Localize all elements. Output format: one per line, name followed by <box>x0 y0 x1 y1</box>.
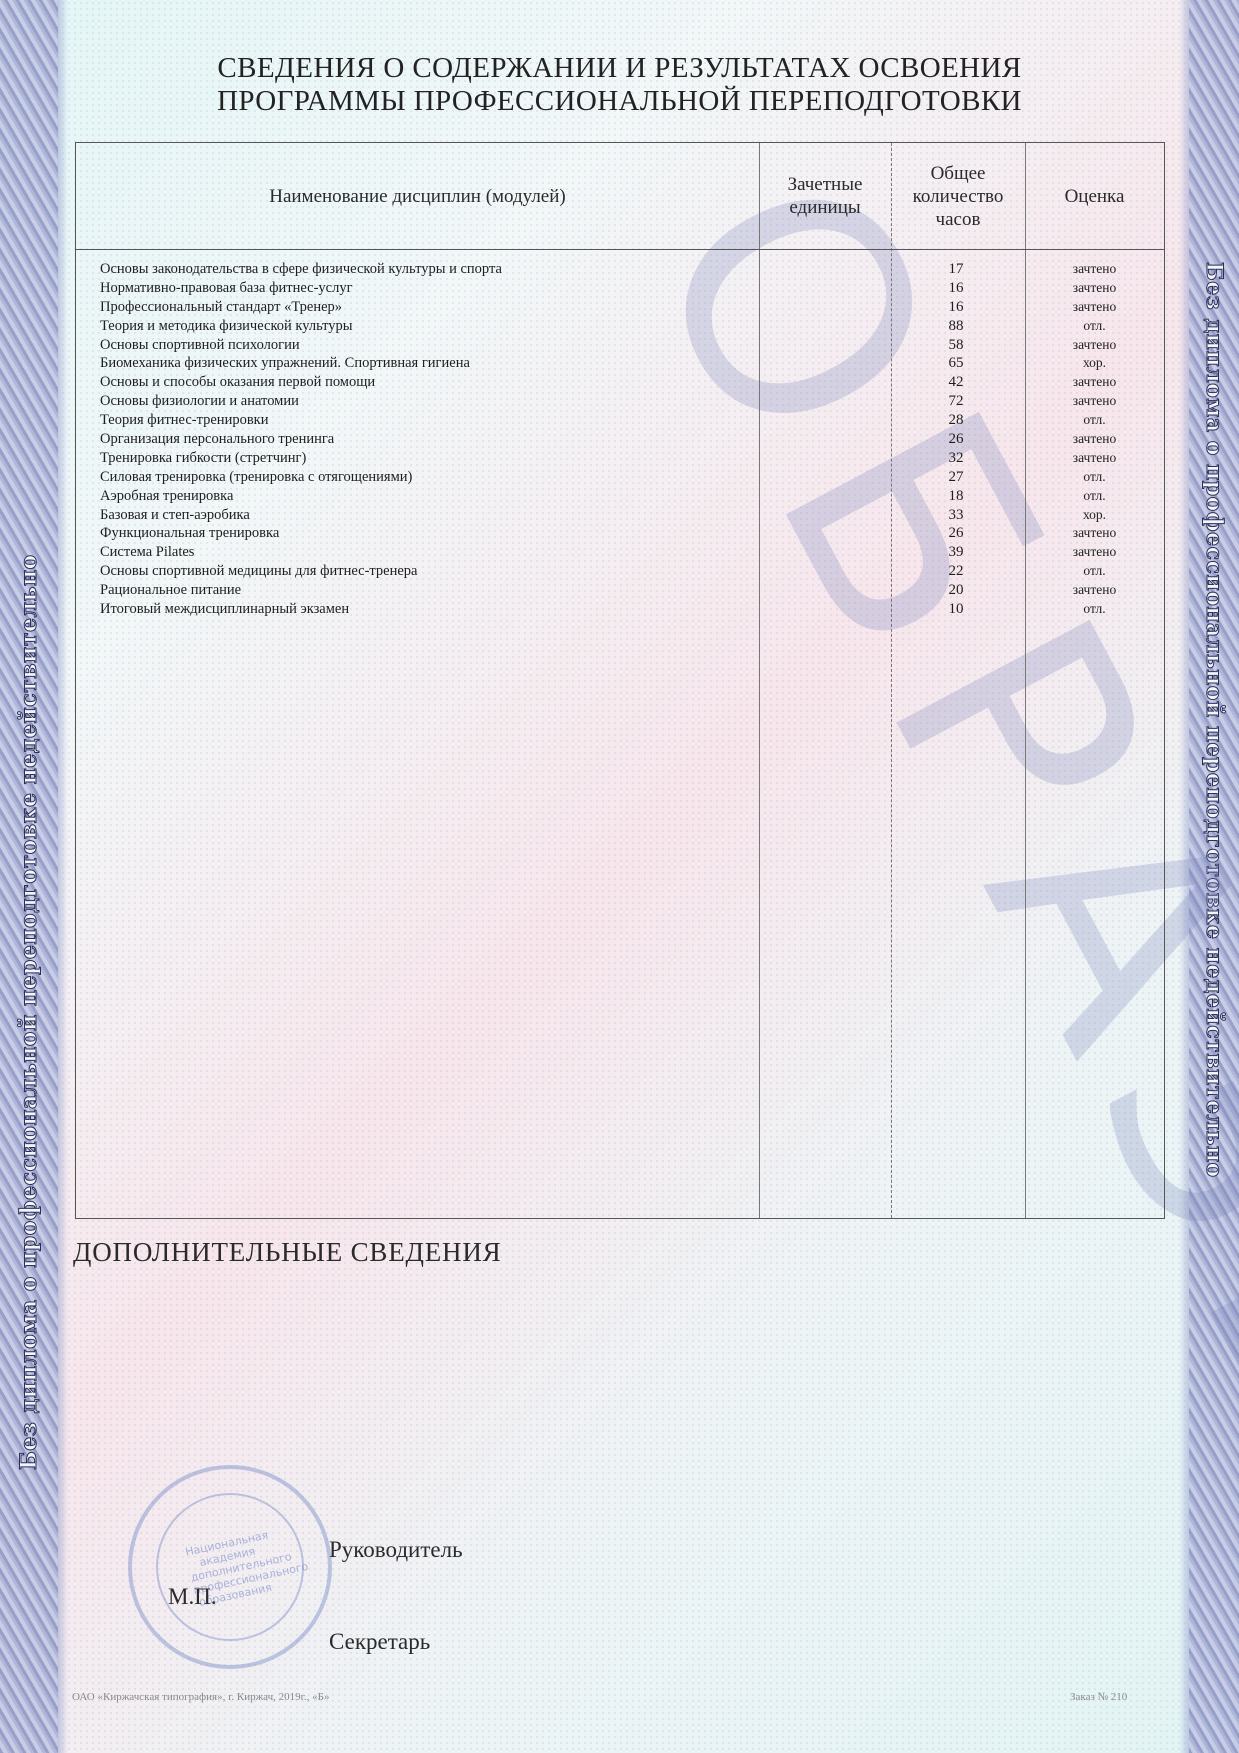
discipline-name: Рациональное питание <box>100 581 241 600</box>
grade-value: зачтено <box>1025 373 1164 392</box>
title-line-2: программы профессиональной переподготовк… <box>0 85 1239 118</box>
header-discipline-name: Наименование дисциплин (модулей) <box>76 143 759 249</box>
side-text-left: Без диплома о профессиональной переподго… <box>16 554 42 1470</box>
table-row: Профессиональный стандарт «Тренер»16зачт… <box>76 298 1164 317</box>
discipline-name: Основы спортивной психологии <box>100 336 300 355</box>
discipline-name: Итоговый междисциплинарный экзамен <box>100 600 349 619</box>
table-row: Аэробная тренировка18отл. <box>76 487 1164 506</box>
official-seal: Национальная академия дополнительного пр… <box>128 1465 332 1669</box>
grade-value: отл. <box>1025 411 1164 430</box>
discipline-name: Основы законодательства в сфере физическ… <box>100 260 502 279</box>
hours-value: 58 <box>891 336 1021 355</box>
table-row: Нормативно-правовая база фитнес-услуг16з… <box>76 279 1164 298</box>
grade-value: зачтено <box>1025 581 1164 600</box>
table-row: Теория и методика физической культуры88о… <box>76 317 1164 336</box>
discipline-name: Теория фитнес-тренировки <box>100 411 268 430</box>
discipline-name: Система Pilates <box>100 543 194 562</box>
table-row: Тренировка гибкости (стретчинг)32зачтено <box>76 449 1164 468</box>
hours-value: 39 <box>891 543 1021 562</box>
hours-value: 32 <box>891 449 1021 468</box>
grade-value: зачтено <box>1025 543 1164 562</box>
discipline-name: Профессиональный стандарт «Тренер» <box>100 298 342 317</box>
table-row: Функциональная тренировка26зачтено <box>76 524 1164 543</box>
printer-info: ОАО «Киржачская типография», г. Киржач, … <box>72 1691 330 1703</box>
header-hours: Общее количество часов <box>891 143 1025 249</box>
table-row: Итоговый междисциплинарный экзамен10отл. <box>76 600 1164 619</box>
discipline-name: Базовая и степ-аэробика <box>100 506 250 525</box>
grade-value: отл. <box>1025 600 1164 619</box>
hours-value: 22 <box>891 562 1021 581</box>
discipline-name: Организация персонального тренинга <box>100 430 334 449</box>
table-row: Базовая и степ-аэробика33хор. <box>76 506 1164 525</box>
seal-label: М.П. <box>168 1584 217 1610</box>
header-divider <box>76 249 1164 250</box>
page-title: Сведения о содержании и результатах осво… <box>0 52 1239 118</box>
table-body: Основы законодательства в сфере физическ… <box>76 260 1164 619</box>
table-row: Основы физиологии и анатомии72зачтено <box>76 392 1164 411</box>
table-row: Силовая тренировка (тренировка с отягоще… <box>76 468 1164 487</box>
grade-value: хор. <box>1025 354 1164 373</box>
order-number: Заказ № 210 <box>1070 1691 1127 1703</box>
discipline-name: Тренировка гибкости (стретчинг) <box>100 449 306 468</box>
hours-value: 28 <box>891 411 1021 430</box>
discipline-name: Биомеханика физических упражнений. Спорт… <box>100 354 470 373</box>
discipline-name: Основы спортивной медицины для фитнес-тр… <box>100 562 417 581</box>
hours-value: 42 <box>891 373 1021 392</box>
table-row: Организация персонального тренинга26зачт… <box>76 430 1164 449</box>
grade-value: отл. <box>1025 487 1164 506</box>
hours-value: 27 <box>891 468 1021 487</box>
table-row: Основы спортивной медицины для фитнес-тр… <box>76 562 1164 581</box>
side-text-right: Без диплома о профессиональной переподго… <box>1201 262 1227 1178</box>
hours-value: 18 <box>891 487 1021 506</box>
hours-value: 17 <box>891 260 1021 279</box>
hours-value: 20 <box>891 581 1021 600</box>
table-row: Основы и способы оказания первой помощи4… <box>76 373 1164 392</box>
grade-value: зачтено <box>1025 524 1164 543</box>
hours-value: 65 <box>891 354 1021 373</box>
discipline-name: Нормативно-правовая база фитнес-услуг <box>100 279 353 298</box>
table-row: Рациональное питание20зачтено <box>76 581 1164 600</box>
title-line-1: Сведения о содержании и результатах осво… <box>0 52 1239 85</box>
grade-value: отл. <box>1025 468 1164 487</box>
grade-value: хор. <box>1025 506 1164 525</box>
header-grade: Оценка <box>1025 143 1164 249</box>
left-border-fade <box>58 0 68 1753</box>
hours-value: 33 <box>891 506 1021 525</box>
grade-value: зачтено <box>1025 449 1164 468</box>
hours-value: 26 <box>891 524 1021 543</box>
discipline-name: Аэробная тренировка <box>100 487 233 506</box>
hours-value: 16 <box>891 279 1021 298</box>
grade-value: зачтено <box>1025 392 1164 411</box>
discipline-name: Основы физиологии и анатомии <box>100 392 299 411</box>
grade-value: отл. <box>1025 317 1164 336</box>
discipline-name: Основы и способы оказания первой помощи <box>100 373 375 392</box>
grade-value: зачтено <box>1025 298 1164 317</box>
hours-value: 26 <box>891 430 1021 449</box>
grade-value: отл. <box>1025 562 1164 581</box>
hours-value: 72 <box>891 392 1021 411</box>
disciplines-table: Наименование дисциплин (модулей) Зачетны… <box>75 142 1165 1219</box>
table-row: Основы законодательства в сфере физическ… <box>76 260 1164 279</box>
discipline-name: Теория и методика физической культуры <box>100 317 353 336</box>
secretary-signature-label: Секретарь <box>329 1629 430 1655</box>
right-border-fade <box>1179 0 1189 1753</box>
head-signature-label: Руководитель <box>329 1537 463 1563</box>
table-row: Биомеханика физических упражнений. Спорт… <box>76 354 1164 373</box>
discipline-name: Функциональная тренировка <box>100 524 279 543</box>
hours-value: 16 <box>891 298 1021 317</box>
grade-value: зачтено <box>1025 260 1164 279</box>
table-row: Основы спортивной психологии58зачтено <box>76 336 1164 355</box>
additional-info-title: Дополнительные сведения <box>73 1237 501 1268</box>
hours-value: 10 <box>891 600 1021 619</box>
header-credits: Зачетные единицы <box>759 143 891 249</box>
grade-value: зачтено <box>1025 279 1164 298</box>
discipline-name: Силовая тренировка (тренировка с отягоще… <box>100 468 412 487</box>
grade-value: зачтено <box>1025 430 1164 449</box>
hours-value: 88 <box>891 317 1021 336</box>
grade-value: зачтено <box>1025 336 1164 355</box>
table-row: Теория фитнес-тренировки28отл. <box>76 411 1164 430</box>
table-row: Система Pilates39зачтено <box>76 543 1164 562</box>
